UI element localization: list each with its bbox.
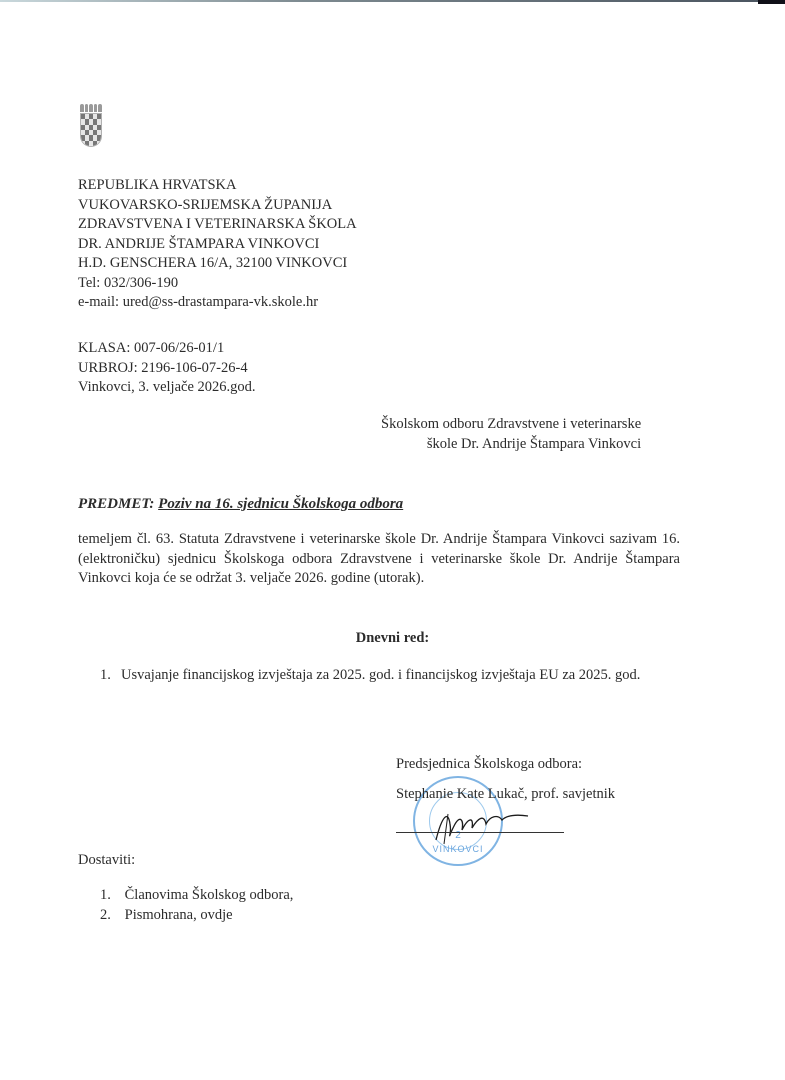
urbroj: URBROJ: 2196-106-07-26-4 xyxy=(78,359,256,379)
delivery-item: 1. Članovima Školskog odbora, xyxy=(100,886,293,906)
delivery-item: 2. Pismohrana, ovdje xyxy=(100,906,293,926)
letterhead-email: e-mail: ured@ss-drastampara-vk.skole.hr xyxy=(78,293,357,313)
agenda-item-text: Usvajanje financijskog izvještaja za 202… xyxy=(100,666,680,686)
delivery-item-text: Pismohrana, ovdje xyxy=(125,907,233,923)
letterhead-county: VUKOVARSKO-SRIJEMSKA ŽUPANIJA xyxy=(78,196,357,216)
reference-block: KLASA: 007-06/26-01/1 URBROJ: 2196-106-0… xyxy=(78,339,256,398)
agenda-list: 1. Usvajanje financijskog izvještaja za … xyxy=(100,666,680,686)
signer-title: Predsjednica Školskoga odbora: xyxy=(396,756,582,773)
recipient-line-2: škole Dr. Andrije Štampara Vinkovci xyxy=(381,435,641,455)
delivery-list: 1. Članovima Školskog odbora, 2. Pismohr… xyxy=(100,886,293,925)
subject-value: Poziv na 16. sjednicu Školskoga odbora xyxy=(158,496,403,512)
croatian-coat-of-arms-icon xyxy=(80,104,102,148)
delivery-label: Dostaviti: xyxy=(78,852,135,869)
subject-label: PREDMET: xyxy=(78,496,154,512)
letterhead-school-name: DR. ANDRIJE ŠTAMPARA VINKOVCI xyxy=(78,235,357,255)
delivery-item-number: 1. xyxy=(100,886,121,906)
recipient-line-1: Školskom odboru Zdravstvene i veterinars… xyxy=(381,416,641,432)
agenda-title: Dnevni red: xyxy=(0,630,785,647)
subject-line: PREDMET: Poziv na 16. sjednicu Školskoga… xyxy=(78,496,403,513)
body-paragraph: temeljem čl. 63. Statuta Zdravstvene i v… xyxy=(78,530,680,589)
handwritten-signature xyxy=(428,806,538,846)
letterhead: REPUBLIKA HRVATSKA VUKOVARSKO-SRIJEMSKA … xyxy=(78,176,357,313)
letterhead-phone: Tel: 032/306-190 xyxy=(78,274,357,294)
signature-line xyxy=(396,832,564,833)
place-date: Vinkovci, 3. veljače 2026.god. xyxy=(78,378,256,398)
signer-name: Stephanie Kate Lukač, prof. savjetnik xyxy=(396,786,615,803)
delivery-item-text: Članovima Školskog odbora, xyxy=(125,887,294,903)
recipient-block: Školskom odboru Zdravstvene i veterinars… xyxy=(381,415,641,454)
letterhead-school: ZDRAVSTVENA I VETERINARSKA ŠKOLA xyxy=(78,215,357,235)
scan-corner-mark xyxy=(758,0,785,4)
delivery-item-number: 2. xyxy=(100,906,121,926)
klasa: KLASA: 007-06/26-01/1 xyxy=(78,339,256,359)
agenda-item: 1. Usvajanje financijskog izvještaja za … xyxy=(100,666,680,686)
letterhead-country: REPUBLIKA HRVATSKA xyxy=(78,176,357,196)
scan-top-edge xyxy=(0,0,760,2)
letterhead-address: H.D. GENSCHERA 16/A, 32100 VINKOVCI xyxy=(78,254,357,274)
agenda-item-number: 1. xyxy=(100,666,111,686)
